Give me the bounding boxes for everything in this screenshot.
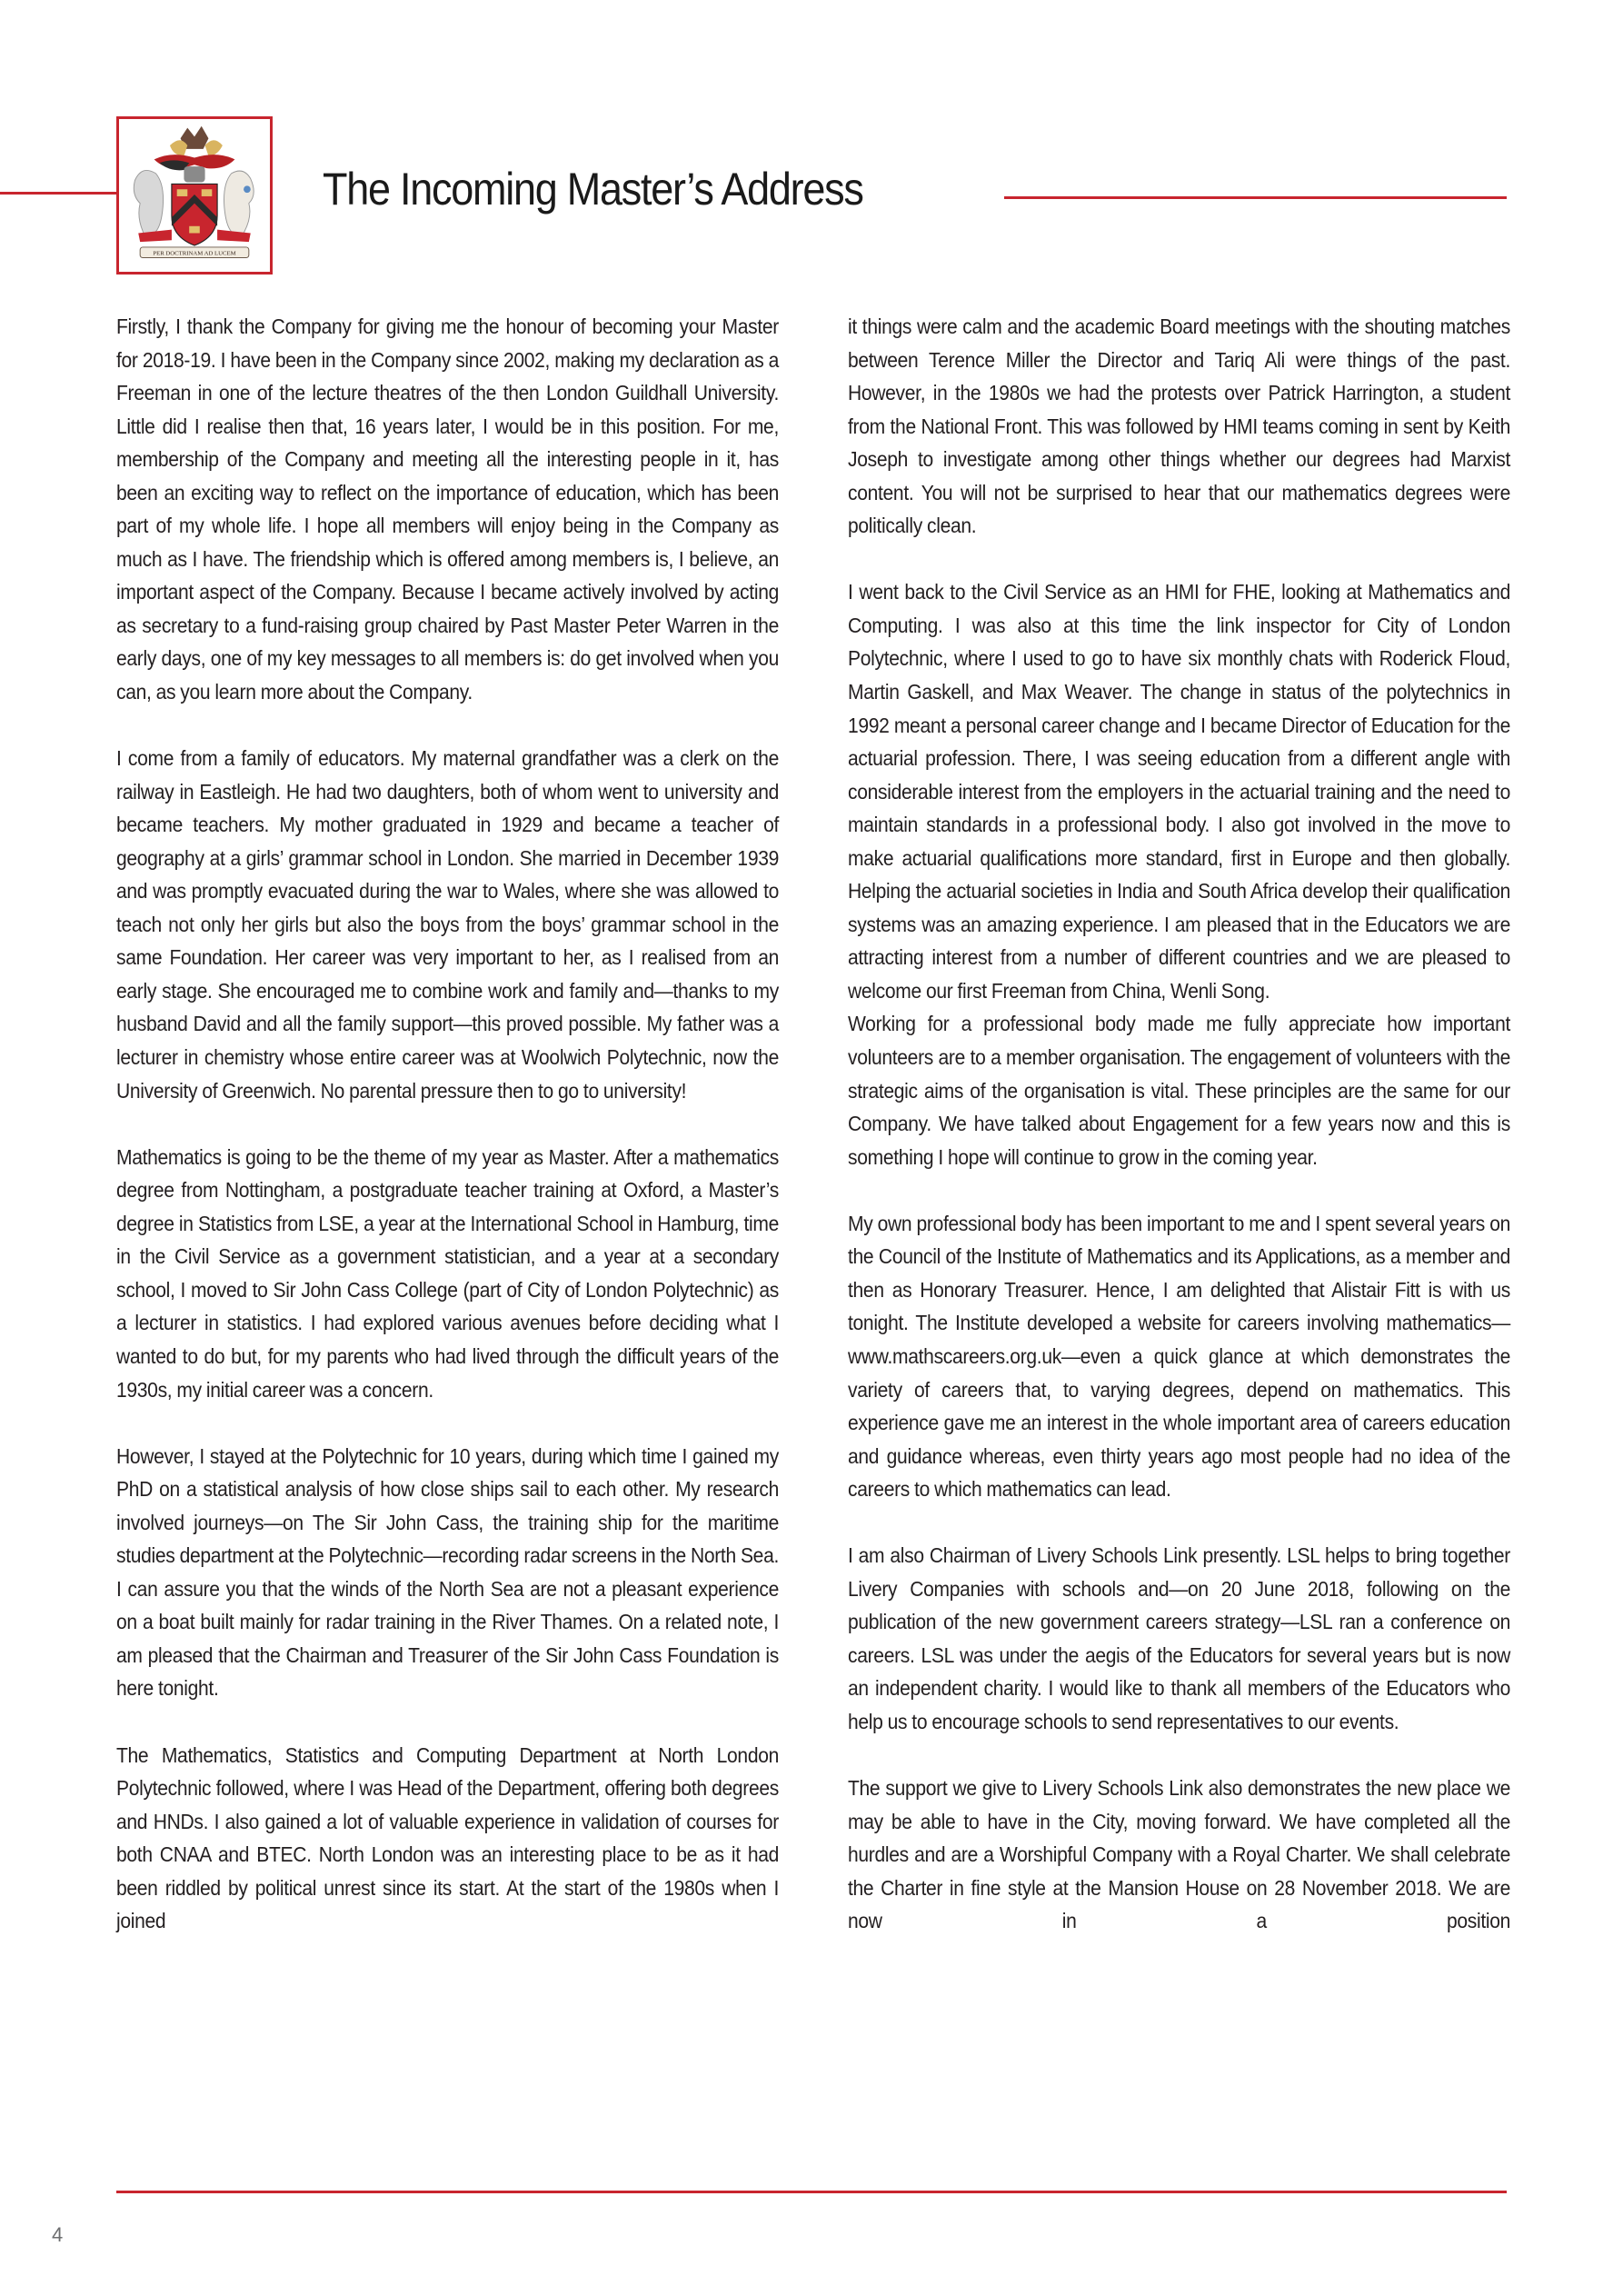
paragraph: However, I stayed at the Polytechnic for… bbox=[116, 1440, 779, 1705]
footer-rule bbox=[116, 2191, 1507, 2193]
paragraph: I went back to the Civil Service as an H… bbox=[848, 575, 1510, 1007]
page-title: The Incoming Master’s Address bbox=[323, 162, 863, 216]
paragraph: Mathematics is going to be the theme of … bbox=[116, 1141, 779, 1406]
header-rule-left bbox=[0, 192, 116, 195]
coat-of-arms-icon: PER DOCTRINAM AD LUCEM bbox=[119, 119, 270, 272]
page-number: 4 bbox=[52, 2223, 63, 2247]
article-column-left: Firstly, I thank the Company for giving … bbox=[116, 310, 779, 1938]
paragraph: Firstly, I thank the Company for giving … bbox=[116, 310, 779, 709]
paragraph: The support we give to Livery Schools Li… bbox=[848, 1772, 1510, 1938]
paragraph: Working for a professional body made me … bbox=[848, 1007, 1510, 1173]
crest-frame: PER DOCTRINAM AD LUCEM bbox=[116, 116, 273, 275]
paragraph: My own professional body has been import… bbox=[848, 1207, 1510, 1506]
header-rule-right bbox=[1004, 196, 1507, 199]
svg-text:PER DOCTRINAM AD LUCEM: PER DOCTRINAM AD LUCEM bbox=[153, 251, 235, 257]
paragraph: I come from a family of educators. My ma… bbox=[116, 742, 779, 1107]
paragraph: it things were calm and the academic Boa… bbox=[848, 310, 1510, 543]
paragraph: I am also Chairman of Livery Schools Lin… bbox=[848, 1539, 1510, 1738]
article-column-right: it things were calm and the academic Boa… bbox=[848, 310, 1510, 1938]
paragraph: The Mathematics, Statistics and Computin… bbox=[116, 1739, 779, 1938]
